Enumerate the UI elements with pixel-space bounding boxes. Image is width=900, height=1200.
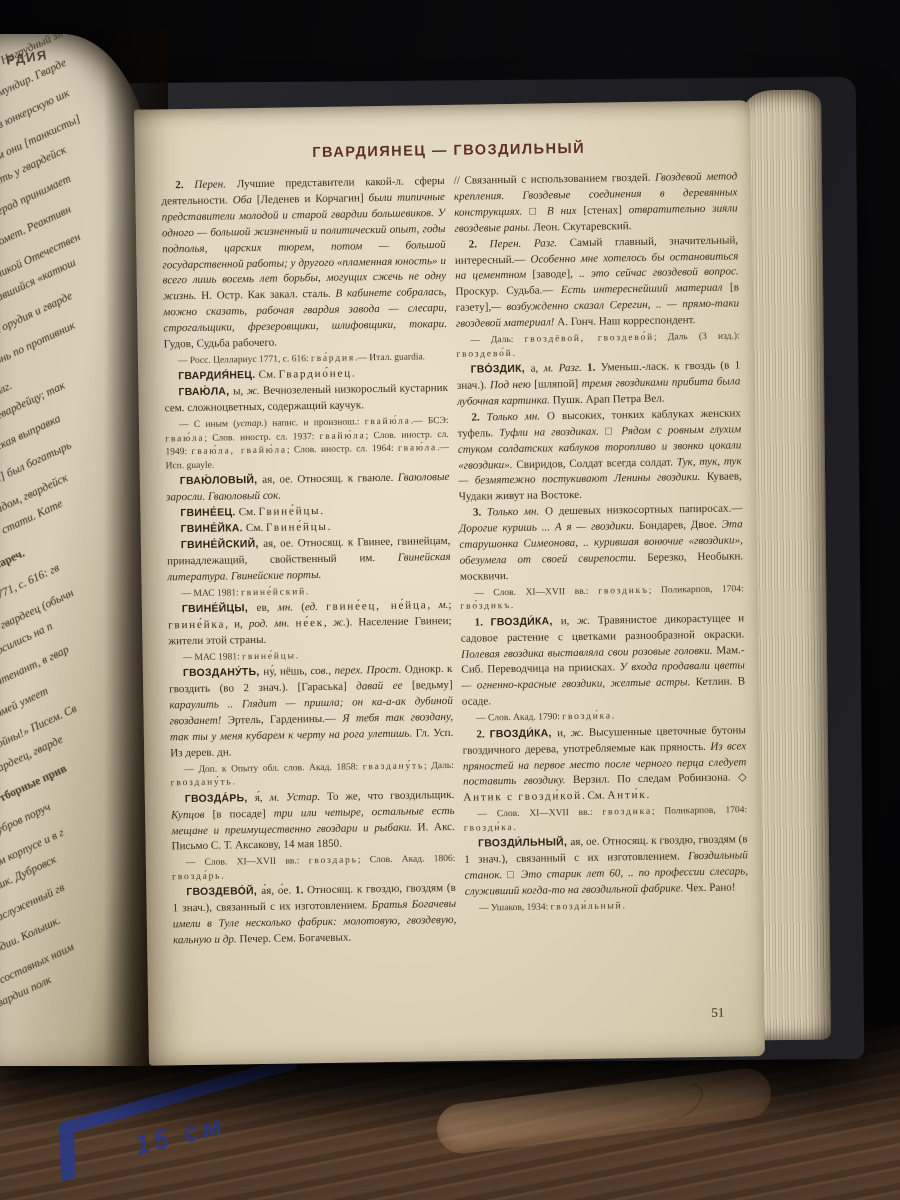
dictionary-paragraph: — Ушаков, 1934: гвозди́льный. [465,898,749,916]
dictionary-paragraph: ГВОЗДИ́ЛЬНЫЙ, ая, ое. Относящ. к гвоздю,… [464,833,748,901]
dictionary-paragraph: — Даль: гвоздёвой, гвоздево́й; Даль (3 и… [456,330,740,361]
dictionary-paragraph: ГВАЮ́ЛА, ы, ж. Вечнозеленый низкорослый … [164,381,448,417]
book-photo: 15 см РДИЯ ейское звание. Нагрудный знГв… [0,0,900,1200]
dictionary-paragraph: — Слов. XI—XVII вв.: гвоздикъ; Поликарпо… [460,583,744,614]
dictionary-paragraph: ГВИНЕ́ЙСКИЙ, ая, ое. Относящ. к Гвинее, … [167,534,451,586]
dictionary-paragraph: 2. ГВОЗДИ́КА, и, ж. Высушенные цветочные… [462,723,747,807]
dictionary-paragraph: ГВИНЕ́ЙЦЫ, ев, мн. (ед. гвине́ец, не́йца… [168,598,452,650]
dictionary-paragraph: — Слов. XI—XVII вв.: гвоздика; Поликарпо… [464,805,748,836]
dictionary-paragraph: 2. Перен. Разг. Самый главный, значитель… [455,233,740,333]
page-content: ГВАРДИЯНЕЦ — ГВОЗДИЛЬНЫЙ 2. Перен. Лучши… [134,100,765,1066]
dictionary-paragraph: // Связанный с использованием гвоздей. Г… [454,169,738,237]
dictionary-paragraph: — Слов. XI—XVII вв.: гвоздарь; Слов. Ака… [172,853,456,884]
dictionary-paragraph: ГВАЮ́ЛОВЫЙ, ая, ое. Относящ. к гваюле. Г… [166,470,450,506]
page-number: 51 [711,1005,724,1021]
dictionary-paragraph: ГВОЗДАНУ́ТЬ, ну́, нёшь, сов., перех. Про… [169,662,454,762]
dictionary-paragraph: ГВО́ЗДИК, а, м. Разг. 1. Уменьш.-ласк. к… [457,358,741,410]
left-page-edge: РДИЯ ейское звание. Нагрудный знГвардейс… [0,34,152,1066]
running-head: ГВАРДИЯНЕЦ — ГВОЗДИЛЬНЫЙ [161,138,737,163]
dictionary-paragraph: — Доп. к Опыту обл. слов. Акад. 1858: гв… [170,760,454,791]
dictionary-paragraph: 3. Только мн. О дешевых низкосортных пап… [459,502,744,586]
dictionary-paragraph: ГВОЗДА́РЬ, я́, м. Устар. То же, что гвоз… [171,788,455,856]
dictionary-paragraph: — С иным (устар.) напис. и произнош.: гв… [165,415,449,473]
dictionary-paragraph: 2. Перен. Лучшие представители какой-л. … [161,174,447,353]
dictionary-paragraph: 1. ГВОЗДИ́КА, и, ж. Травянистое дикораст… [461,611,746,711]
column-left: 2. Перен. Лучшие представители какой-л. … [161,174,457,949]
text-columns: 2. Перен. Лучшие представители какой-л. … [161,169,749,949]
left-page-text-fragment: открыли огонь по противник [0,320,77,392]
dictionary-paragraph: 2. Только мн. О высоких, тонких каблуках… [457,406,742,506]
dictionary-page: ГВАРДИЯНЕЦ — ГВОЗДИЛЬНЫЙ 2. Перен. Лучши… [134,100,765,1066]
dictionary-paragraph: ГВОЗДЕВО́Й, а́я, о́е. 1. Относящ. к гвоз… [172,881,456,949]
column-right: // Связанный с использованием гвоздей. Г… [454,169,750,944]
